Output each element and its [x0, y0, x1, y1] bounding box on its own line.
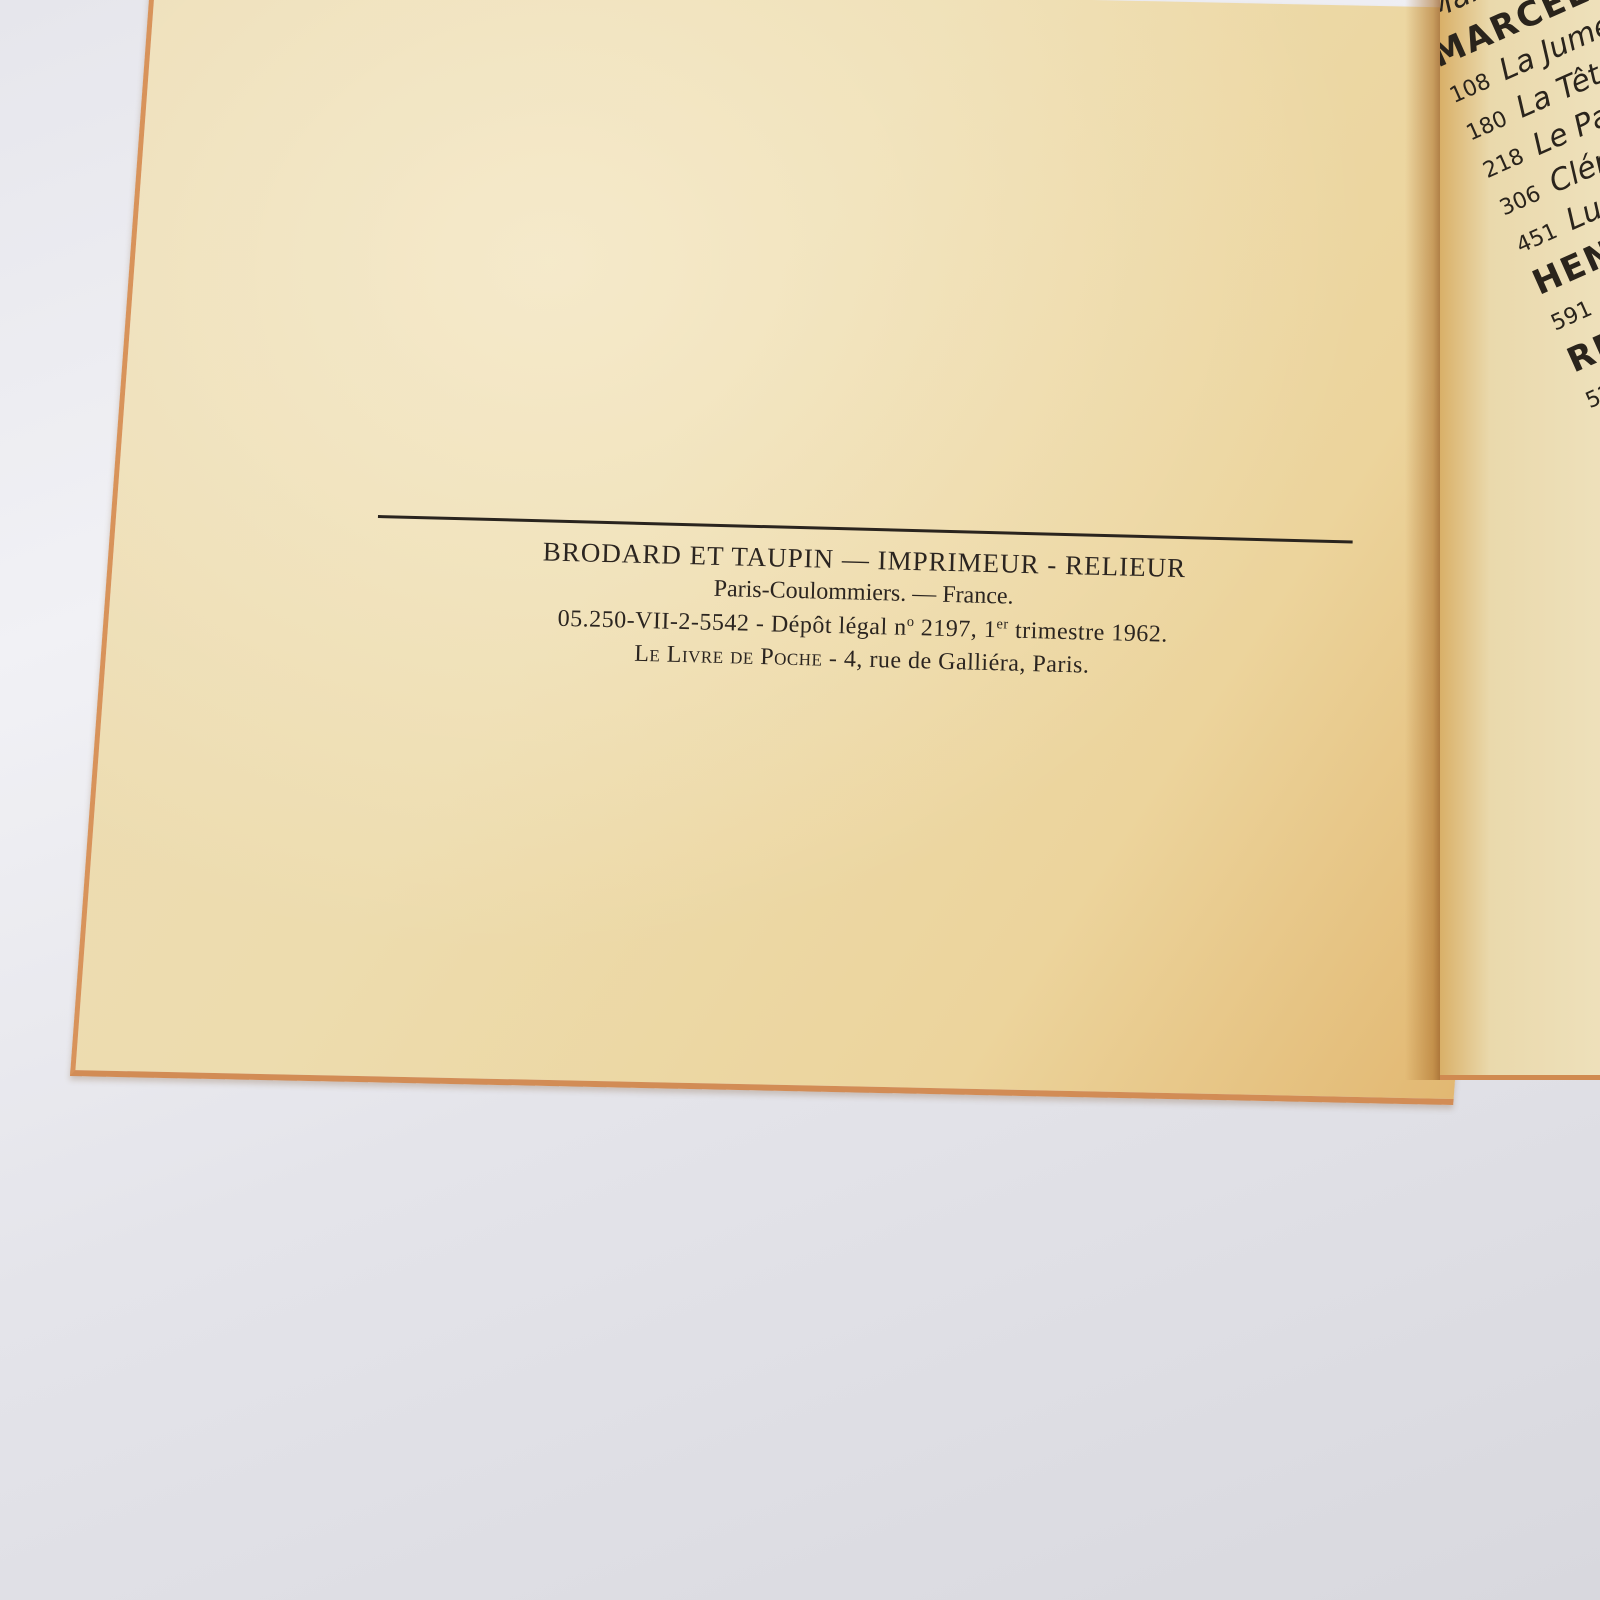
depot-number: 2197, 1 — [914, 615, 997, 643]
trimestre-sup: er — [996, 616, 1009, 632]
trimestre-text: trimestre 1962. — [1008, 618, 1168, 648]
right-page: MIGUEL AMar...MARCEL AYMÉ108La Jument ve… — [1440, 0, 1600, 1080]
depot-prefix: Dépôt légal n — [771, 611, 907, 641]
catalog-list: MIGUEL AMar...MARCEL AYMÉ108La Jument ve… — [1440, 0, 1600, 728]
legal-separator: - — [749, 611, 771, 638]
publisher-name: Le Livre de Poche — [634, 641, 823, 672]
catalog-number: 520 — [1582, 374, 1600, 414]
publisher-address: - 4, rue de Galliéra, Paris. — [822, 646, 1090, 679]
colophon: BRODARD ET TAUPIN — IMPRIMEUR - RELIEUR … — [374, 515, 1377, 687]
book-gutter — [1405, 0, 1445, 1080]
legal-code: 05.250-VII-2-5542 — [557, 606, 749, 637]
